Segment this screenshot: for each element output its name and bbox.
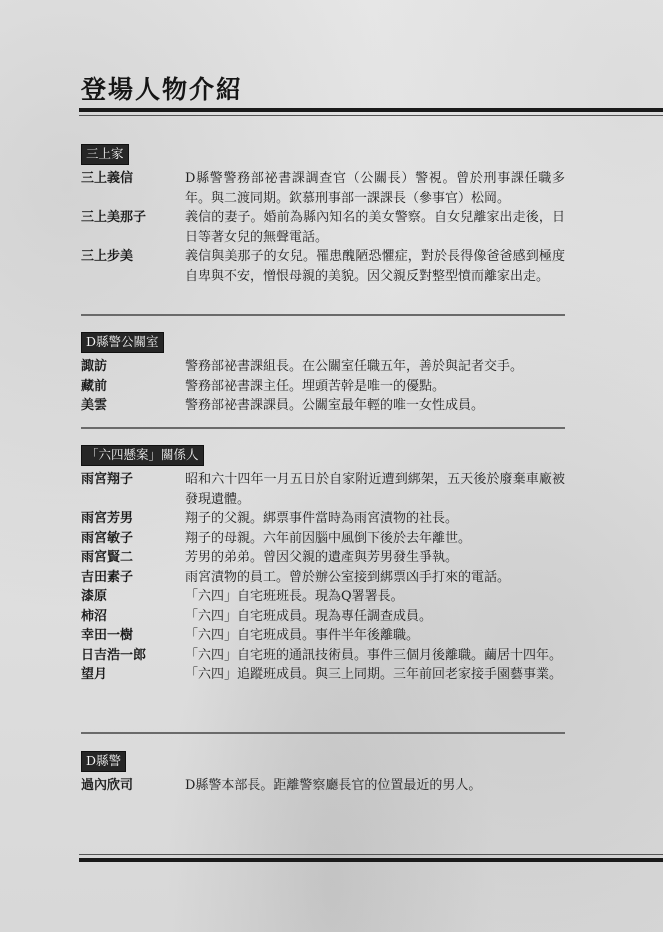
character-desc: 芳男的弟弟。曾因父親的遺產與芳男發生爭執。 <box>185 548 565 568</box>
character-name: 漆原 <box>81 587 185 607</box>
character-name: 三上美那子 <box>81 208 185 247</box>
footer-rule-thick <box>79 858 663 862</box>
footer-rule-thin <box>79 854 663 855</box>
section-heading: D縣警公關室 <box>81 332 164 353</box>
character-desc: 「六四」自宅班成員。事件半年後離職。 <box>185 626 565 646</box>
section-heading: 三上家 <box>81 144 129 165</box>
character-desc: 雨宮漬物的員工。曾於辦公室接到綁票凶手打來的電話。 <box>185 568 565 588</box>
character-name: 幸田一樹 <box>81 626 185 646</box>
character-entry: 雨宮賢二 芳男的弟弟。曾因父親的遺產與芳男發生爭執。 <box>81 548 565 568</box>
character-name: 日吉浩一郎 <box>81 646 185 666</box>
character-name: 三上義信 <box>81 169 185 208</box>
character-entry: 諏訪 警務部祕書課組長。在公關室任職五年，善於與記者交手。 <box>81 357 565 377</box>
character-entry: 漆原 「六四」自宅班班長。現為Q署署長。 <box>81 587 565 607</box>
character-desc: 警務部祕書課主任。埋頭苦幹是唯一的優點。 <box>185 377 565 397</box>
character-entry: 雨宮芳男 翔子的父親。綁票事件當時為雨宮漬物的社長。 <box>81 509 565 529</box>
character-desc: 義信與美那子的女兒。罹患醜陋恐懼症，對於長得像爸爸感到極度自卑與不安，憎恨母親的… <box>185 247 565 286</box>
character-name: 雨宮敏子 <box>81 529 185 549</box>
page-title: 登場人物介紹 <box>81 70 243 106</box>
character-name: 諏訪 <box>81 357 185 377</box>
character-entry: 望月 「六四」追蹤班成員。與三上同期。三年前回老家接手園藝事業。 <box>81 665 565 685</box>
character-entry: 吉田素子 雨宮漬物的員工。曾於辦公室接到綁票凶手打來的電話。 <box>81 568 565 588</box>
character-entry: 三上義信 D縣警警務部祕書課調查官（公關長）警視。曾於刑事課任職多年。與二渡同期… <box>81 169 565 208</box>
character-desc: 「六四」追蹤班成員。與三上同期。三年前回老家接手園藝事業。 <box>185 665 565 685</box>
character-entry: 雨宮敏子 翔子的母親。六年前因腦中風倒下後於去年離世。 <box>81 529 565 549</box>
section-heading: 「六四懸案」關係人 <box>81 445 204 466</box>
character-desc: 「六四」自宅班的通訊技術員。事件三個月後離職。繭居十四年。 <box>185 646 565 666</box>
character-name: 雨宮芳男 <box>81 509 185 529</box>
character-desc: 「六四」自宅班班長。現為Q署署長。 <box>185 587 565 607</box>
character-name: 過內欣司 <box>81 776 185 796</box>
character-desc: 翔子的父親。綁票事件當時為雨宮漬物的社長。 <box>185 509 565 529</box>
character-entry: 過內欣司 D縣警本部長。距離警察廳長官的位置最近的男人。 <box>81 776 565 796</box>
character-entry: 藏前 警務部祕書課主任。埋頭苦幹是唯一的優點。 <box>81 377 565 397</box>
character-name: 美雲 <box>81 396 185 416</box>
character-entry: 美雲 警務部祕書課課員。公關室最年輕的唯一女性成員。 <box>81 396 565 416</box>
character-name: 望月 <box>81 665 185 685</box>
section-d-prefecture-police: D縣警 過內欣司 D縣警本部長。距離警察廳長官的位置最近的男人。 <box>81 750 565 796</box>
section-divider <box>81 427 565 429</box>
character-desc: 義信的妻子。婚前為縣內知名的美女警察。自女兒離家出走後，日日等著女兒的無聲電話。 <box>185 208 565 247</box>
character-name: 雨宮賢二 <box>81 548 185 568</box>
section-pr-office: D縣警公關室 諏訪 警務部祕書課組長。在公關室任職五年，善於與記者交手。 藏前 … <box>81 331 565 416</box>
character-name: 雨宮翔子 <box>81 470 185 509</box>
character-entry: 日吉浩一郎 「六四」自宅班的通訊技術員。事件三個月後離職。繭居十四年。 <box>81 646 565 666</box>
character-desc: 「六四」自宅班成員。現為專任調查成員。 <box>185 607 565 627</box>
character-desc: 昭和六十四年一月五日於自家附近遭到綁架，五天後於廢棄車廠被發現遺體。 <box>185 470 565 509</box>
section-divider <box>81 314 565 316</box>
character-name: 柿沼 <box>81 607 185 627</box>
section-heading: D縣警 <box>81 751 126 772</box>
character-entry: 柿沼 「六四」自宅班成員。現為專任調查成員。 <box>81 607 565 627</box>
section-divider <box>81 732 565 734</box>
character-desc: 翔子的母親。六年前因腦中風倒下後於去年離世。 <box>185 529 565 549</box>
character-entry: 三上步美 義信與美那子的女兒。罹患醜陋恐懼症，對於長得像爸爸感到極度自卑與不安，… <box>81 247 565 286</box>
title-rule-thin <box>79 115 663 116</box>
character-desc: 警務部祕書課組長。在公關室任職五年，善於與記者交手。 <box>185 357 565 377</box>
character-entry: 雨宮翔子 昭和六十四年一月五日於自家附近遭到綁架，五天後於廢棄車廠被發現遺體。 <box>81 470 565 509</box>
section-case-64: 「六四懸案」關係人 雨宮翔子 昭和六十四年一月五日於自家附近遭到綁架，五天後於廢… <box>81 444 565 685</box>
character-desc: D縣警警務部祕書課調查官（公關長）警視。曾於刑事課任職多年。與二渡同期。欽慕刑事… <box>185 169 565 208</box>
title-rule-thick <box>79 108 663 112</box>
character-name: 藏前 <box>81 377 185 397</box>
character-desc: 警務部祕書課課員。公關室最年輕的唯一女性成員。 <box>185 396 565 416</box>
character-entry: 三上美那子 義信的妻子。婚前為縣內知名的美女警察。自女兒離家出走後，日日等著女兒… <box>81 208 565 247</box>
character-name: 吉田素子 <box>81 568 185 588</box>
character-name: 三上步美 <box>81 247 185 286</box>
section-mikami-family: 三上家 三上義信 D縣警警務部祕書課調查官（公關長）警視。曾於刑事課任職多年。與… <box>81 143 565 286</box>
character-desc: D縣警本部長。距離警察廳長官的位置最近的男人。 <box>185 776 565 796</box>
character-entry: 幸田一樹 「六四」自宅班成員。事件半年後離職。 <box>81 626 565 646</box>
